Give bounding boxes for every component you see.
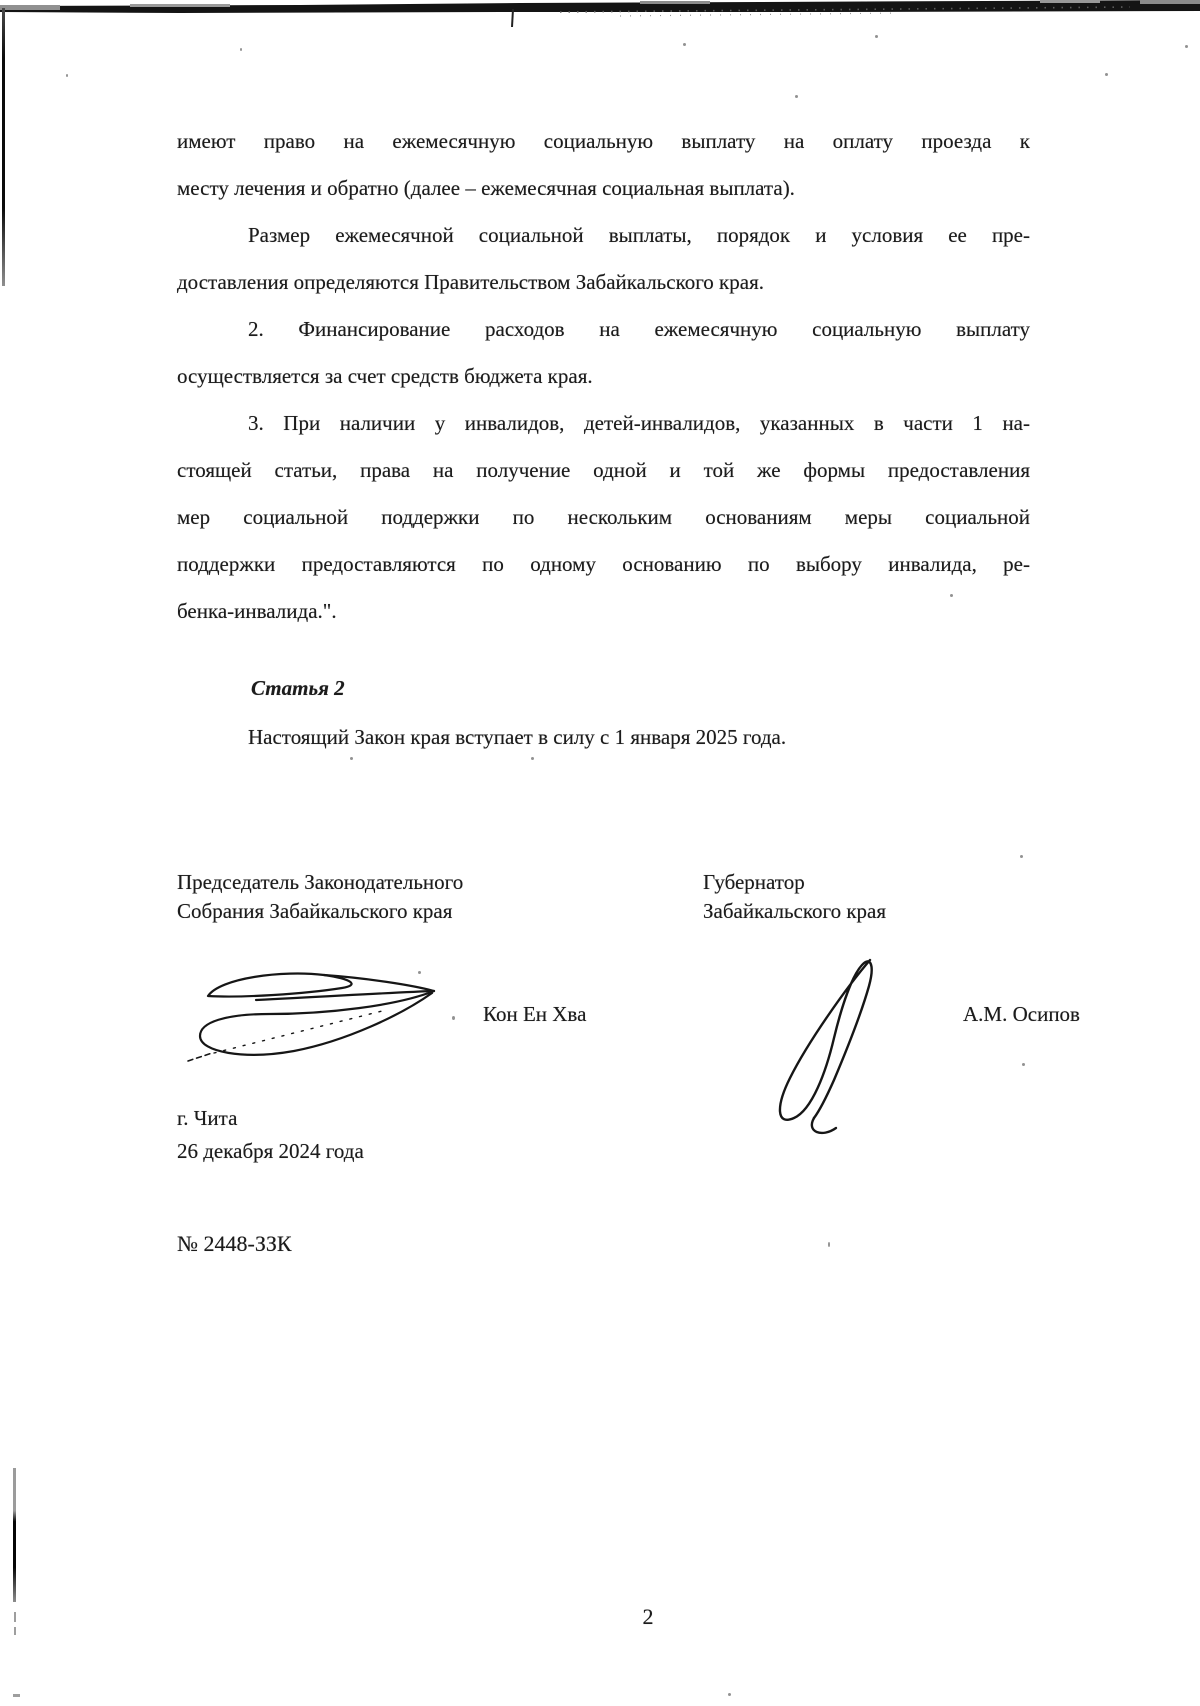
body-line: доставления определяются Правительством …	[177, 259, 1030, 306]
signatory-title-line: Губернатор	[703, 868, 1123, 897]
body-line: бенка-инвалида.".	[177, 588, 1030, 635]
scan-noise-dot	[240, 48, 242, 51]
governor-signature	[742, 950, 907, 1140]
body-line: имеют право на ежемесячную социальную вы…	[177, 118, 1030, 165]
body-line: мер социальной поддержки по нескольким о…	[177, 494, 1030, 541]
document-page: имеют право на ежемесячную социальную вы…	[0, 0, 1200, 1706]
signatory-title-governor: Губернатор Забайкальского края	[703, 868, 1123, 926]
page-number: 2	[618, 1604, 678, 1630]
body-line: поддержки предоставляются по одному осно…	[177, 541, 1030, 588]
scan-noise-dot	[452, 1016, 455, 1020]
article-2-sentence: Настоящий Закон края вступает в силу с 1…	[177, 713, 1030, 762]
signatory-title-line: Собрания Забайкальского края	[177, 897, 597, 926]
document-number: № 2448-ЗЗК	[177, 1228, 292, 1260]
chairman-name: Кон Ен Хва	[483, 1000, 586, 1029]
law-text-block: имеют право на ежемесячную социальную вы…	[177, 118, 1030, 635]
scan-noise-dot	[683, 43, 686, 46]
scan-noise-dot	[828, 1242, 830, 1247]
signatory-title-chairman: Председатель Законодательного Собрания З…	[177, 868, 597, 926]
body-line: стоящей статьи, права на получение одной…	[177, 447, 1030, 494]
scan-artifact-left-line-bottom	[13, 1468, 16, 1602]
scan-noise-dot	[66, 74, 68, 77]
scan-noise-dot	[1020, 855, 1023, 858]
signatory-title-line: Председатель Законодательного	[177, 868, 597, 897]
chairman-signature	[186, 958, 444, 1064]
place-date-block: г. Чита 26 декабря 2024 года	[177, 1102, 364, 1168]
scan-noise-dot	[1022, 1063, 1025, 1066]
governor-name: А.М. Осипов	[963, 1000, 1080, 1029]
body-line: 2. Финансирование расходов на ежемесячну…	[177, 306, 1030, 353]
date-line: 26 декабря 2024 года	[177, 1135, 364, 1168]
scan-artifact-left-line-top	[2, 8, 5, 286]
body-line: 3. При наличии у инвалидов, детей-инвали…	[177, 400, 1030, 447]
scan-noise-dot	[1105, 73, 1108, 76]
body-line: Размер ежемесячной социальной выплаты, п…	[177, 212, 1030, 259]
scan-artifact-dash	[14, 1627, 16, 1635]
body-line: месту лечения и обратно (далее – ежемеся…	[177, 165, 1030, 212]
scan-artifact-dash	[13, 1694, 20, 1697]
scan-artifact-dash	[14, 1612, 16, 1622]
scan-noise-dot	[875, 35, 878, 38]
scan-noise-dot	[728, 1693, 731, 1696]
body-line: осуществляется за счет средств бюджета к…	[177, 353, 1030, 400]
scan-noise-dot	[795, 95, 798, 98]
article-2-heading: Статья 2	[177, 664, 1030, 713]
scan-artifact-top-edge	[0, 0, 1200, 50]
signatory-title-line: Забайкальского края	[703, 897, 1123, 926]
place-line: г. Чита	[177, 1102, 364, 1135]
scan-noise-dot	[1185, 45, 1188, 48]
article-2-block: Статья 2 Настоящий Закон края вступает в…	[177, 664, 1030, 762]
